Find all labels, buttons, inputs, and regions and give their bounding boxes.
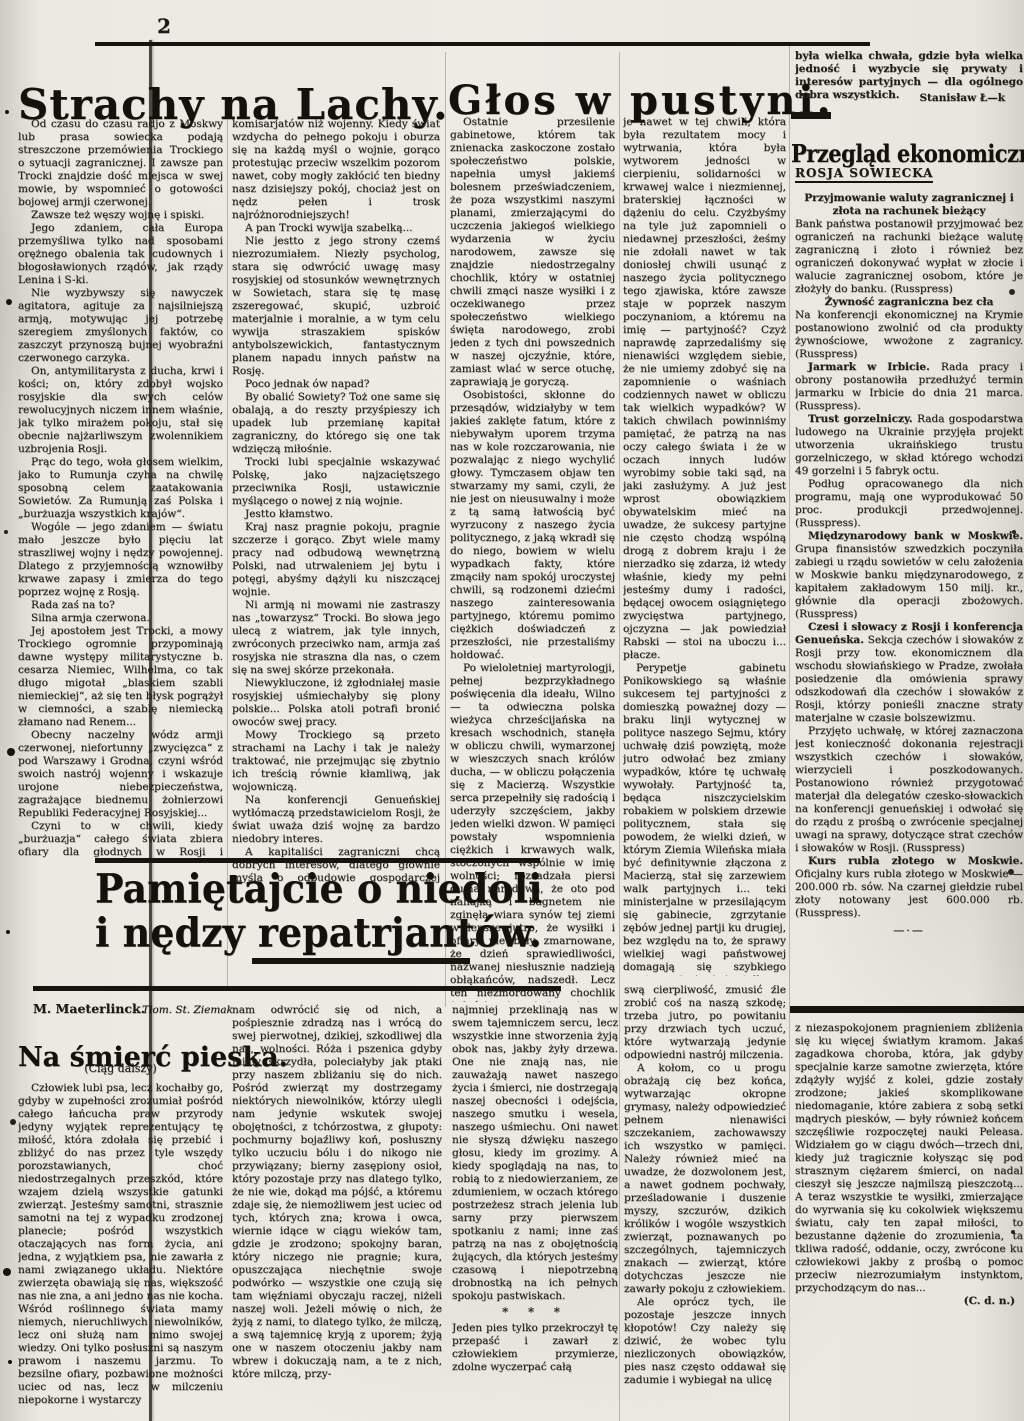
paragraph: Ostatnie przesilenie gabinetowe, którem … <box>450 116 615 389</box>
banner-bottom-rule <box>33 986 561 991</box>
brief-lead: Jarmark w Irbicie. <box>808 361 941 373</box>
banner-underline <box>252 958 470 964</box>
banner-top-rule <box>95 858 540 863</box>
paragraph: Perypetje gabinetu Ponikowskiego są właś… <box>623 662 786 976</box>
paragraph: Silna armja czerwona. <box>18 612 223 625</box>
brief-lead: Czesi i słowacy z Rosji i konferencja Ge… <box>795 621 1023 646</box>
paragraph: Kraj nasz pragnie pokoju, pragnie szczer… <box>232 521 440 599</box>
brief-lead: Żywność zagraniczna bez cła <box>795 296 1023 309</box>
author-byline: M. Maeterlinck. <box>33 1001 145 1016</box>
top-rule <box>95 42 870 46</box>
article-column: swą cierpliwość, zmusić źle zrobić coś n… <box>624 984 786 1419</box>
paragraph: By obalić Sowiety? Toż one same się obal… <box>232 391 440 456</box>
news-briefs: Przyjmowanie waluty zagranicznej i złota… <box>795 192 1023 998</box>
paragraph: Żywność zagraniczna bez cła Na konferenc… <box>795 296 1023 361</box>
briefs-list: Przyjmowanie waluty zagranicznej i złota… <box>795 192 1023 920</box>
paragraph: Mowy Trockiego są przeto strachami na La… <box>232 729 440 794</box>
paragraph: Nie jestto z jego strony czemś niezrozum… <box>232 235 440 378</box>
paragraph: Jej apostołem jest Trocki, a mowy Trocki… <box>18 625 223 729</box>
paragraph: Podług opracowanego dla nich programu, m… <box>795 478 1023 530</box>
paragraph: Jeden pies tylko przekroczył tę przepaść… <box>452 1322 618 1374</box>
article-column: Człowiek lubi psa, lecz kochałby go, gdy… <box>18 1082 223 1419</box>
brief-lead: Międzynarodowy bank w Moskwie. <box>808 530 1023 542</box>
section-title: Przegląd ekonomiczny. <box>791 140 1023 169</box>
paragraph: Niewykluczone, iż zgłodniałej masie rosy… <box>232 677 440 729</box>
paragraph: Ale oprócz tych, ile pozostaje jeszcze i… <box>624 1296 786 1387</box>
translator-byline: Tłom. St. Ziemak <box>142 1004 233 1016</box>
paragraph: Czyni to w chwili, kiedy „burżuazja“ cał… <box>18 820 223 860</box>
paragraph: Rada zaś na to? <box>18 599 223 612</box>
article-signature-wrap: Stanisław Ł—k <box>795 92 1013 110</box>
brief-lead: Trust gorzelniczy. <box>808 413 917 425</box>
paragraph: A kołom, co u progu obrażają cię bez koń… <box>624 1062 786 1296</box>
section-divider-rule <box>790 1006 1024 1013</box>
paragraph: Przyjęto uchwałę, w której zaznaczona je… <box>795 725 1023 855</box>
paragraph: najmniej przeklinają nas w swem tajemnic… <box>452 1004 618 1303</box>
banner-line1: Pamiętajcie o niedoli <box>95 865 540 912</box>
paragraph: Od czasu do czasu radjo z Moskwy lub pra… <box>18 118 223 209</box>
column-paragraphs: najmniej przeklinają nas w swem tajemnic… <box>452 1004 618 1303</box>
paragraph: A pan Trocki wywija szabelką... <box>232 222 440 235</box>
article-subtitle: (Ciąg dalszy) <box>18 1062 223 1075</box>
region-subhead: ROSJA SOWIECKA <box>795 166 933 183</box>
brief-lead: Kurs rubla złotego w Moskwie. <box>808 855 1023 867</box>
paragraph: Na konferencji Genueńskiej wytłómaczą pr… <box>232 794 440 846</box>
paragraph: nam odwrócić się od nich, a pośpiesznie … <box>232 1004 442 1381</box>
continuation-note: (C. d. n.) <box>795 1295 1023 1308</box>
column-rule <box>445 52 446 1007</box>
paragraph: Jestto kłamstwo. <box>232 508 440 521</box>
column-rule <box>789 46 790 1421</box>
paragraph: Osobistości, skłonne do przesądów, widzi… <box>450 389 615 662</box>
banner-line2: i nędzy repatrjantów. <box>95 909 540 956</box>
paragraph: swą cierpliwość, zmusić źle zrobić coś n… <box>624 984 786 1062</box>
paragraph: komisarjatów niż wojenny. Kiedy świat wz… <box>232 118 440 222</box>
paragraph: je nawet w tej chwili, która była rezult… <box>623 116 786 662</box>
column-paragraphs: Jeden pies tylko przekroczył tę przepaść… <box>452 1322 618 1374</box>
paragraph: Wogóle — jego zdaniem — światu mało jesz… <box>18 521 223 599</box>
paragraph: Ni armją ni mowami nie zastraszy nas „to… <box>232 599 440 677</box>
paragraph: Człowiek lubi psa, lecz kochałby go, gdy… <box>18 1082 223 1407</box>
column-paragraphs: z niezaspokojonem pragnieniem zbliżenia … <box>795 1022 1023 1295</box>
paragraph: Obecny naczelny wódz armji czerwonej, ni… <box>18 729 223 820</box>
paragraph: Kurs rubla złotego w Moskwie. Oficjalny … <box>795 855 1023 920</box>
article-column: najmniej przeklinają nas w swem tajemnic… <box>452 1004 618 1419</box>
paragraph: Jarmark w Irbicie. Rada pracy i obrony p… <box>795 361 1023 413</box>
column-paragraphs: komisarjatów niż wojenny. Kiedy świat wz… <box>232 118 440 883</box>
article-column: nam odwrócić się od nich, a pośpiesznie … <box>232 1004 442 1419</box>
paragraph: Nie wyzbywszy się nawyczek agitatora, ag… <box>18 287 223 365</box>
brief-lead: Przyjmowanie waluty zagranicznej i złota… <box>795 192 1023 218</box>
ink-bar-artifact <box>791 112 831 119</box>
paragraph: Jego zdaniem, cała Europa przemyśliwa ty… <box>18 222 223 287</box>
star-separator: * * * <box>452 1306 618 1319</box>
paragraph: Poco jednak ów napad? <box>232 378 440 391</box>
article-column: komisarjatów niż wojenny. Kiedy świat wz… <box>232 118 440 883</box>
article-column: je nawet w tej chwili, która była rezult… <box>623 116 786 976</box>
end-dash: —·— <box>795 924 1023 937</box>
paragraph: Zawsze też węszy wojnę i spiski. <box>18 209 223 222</box>
paragraph: Czesi i słowacy z Rosji i konferencja Ge… <box>795 621 1023 725</box>
paragraph: Przyjmowanie waluty zagranicznej i złota… <box>795 192 1023 296</box>
paragraph: Trocki lubi specjalnie wskazywać Polskę,… <box>232 456 440 508</box>
column-rule <box>619 52 620 1421</box>
scan-speckles <box>5 110 9 114</box>
article-column: z niezaspokojonem pragnieniem zbliżenia … <box>795 1022 1023 1418</box>
paragraph: Międzynarodowy bank w Moskwie. Grupa fin… <box>795 530 1023 621</box>
paragraph: Trust gorzelniczy. Rada gospodarstwa lud… <box>795 413 1023 478</box>
newspaper-page: 2 Strachy na Lachy. Od czasu do czasu ra… <box>0 0 1024 1421</box>
paragraph: z niezaspokojonem pragnieniem zbliżenia … <box>795 1022 1023 1295</box>
article-signature: Stanisław Ł—k <box>795 92 1013 105</box>
page-number: 2 <box>157 14 171 38</box>
paragraph: Prąc do tego, woła głosem wielkim, jako … <box>18 456 223 521</box>
article-column: Od czasu do czasu radjo z Moskwy lub pra… <box>18 118 223 860</box>
paragraph: On, antymilitarysta z ducha, krwi i kośc… <box>18 365 223 456</box>
